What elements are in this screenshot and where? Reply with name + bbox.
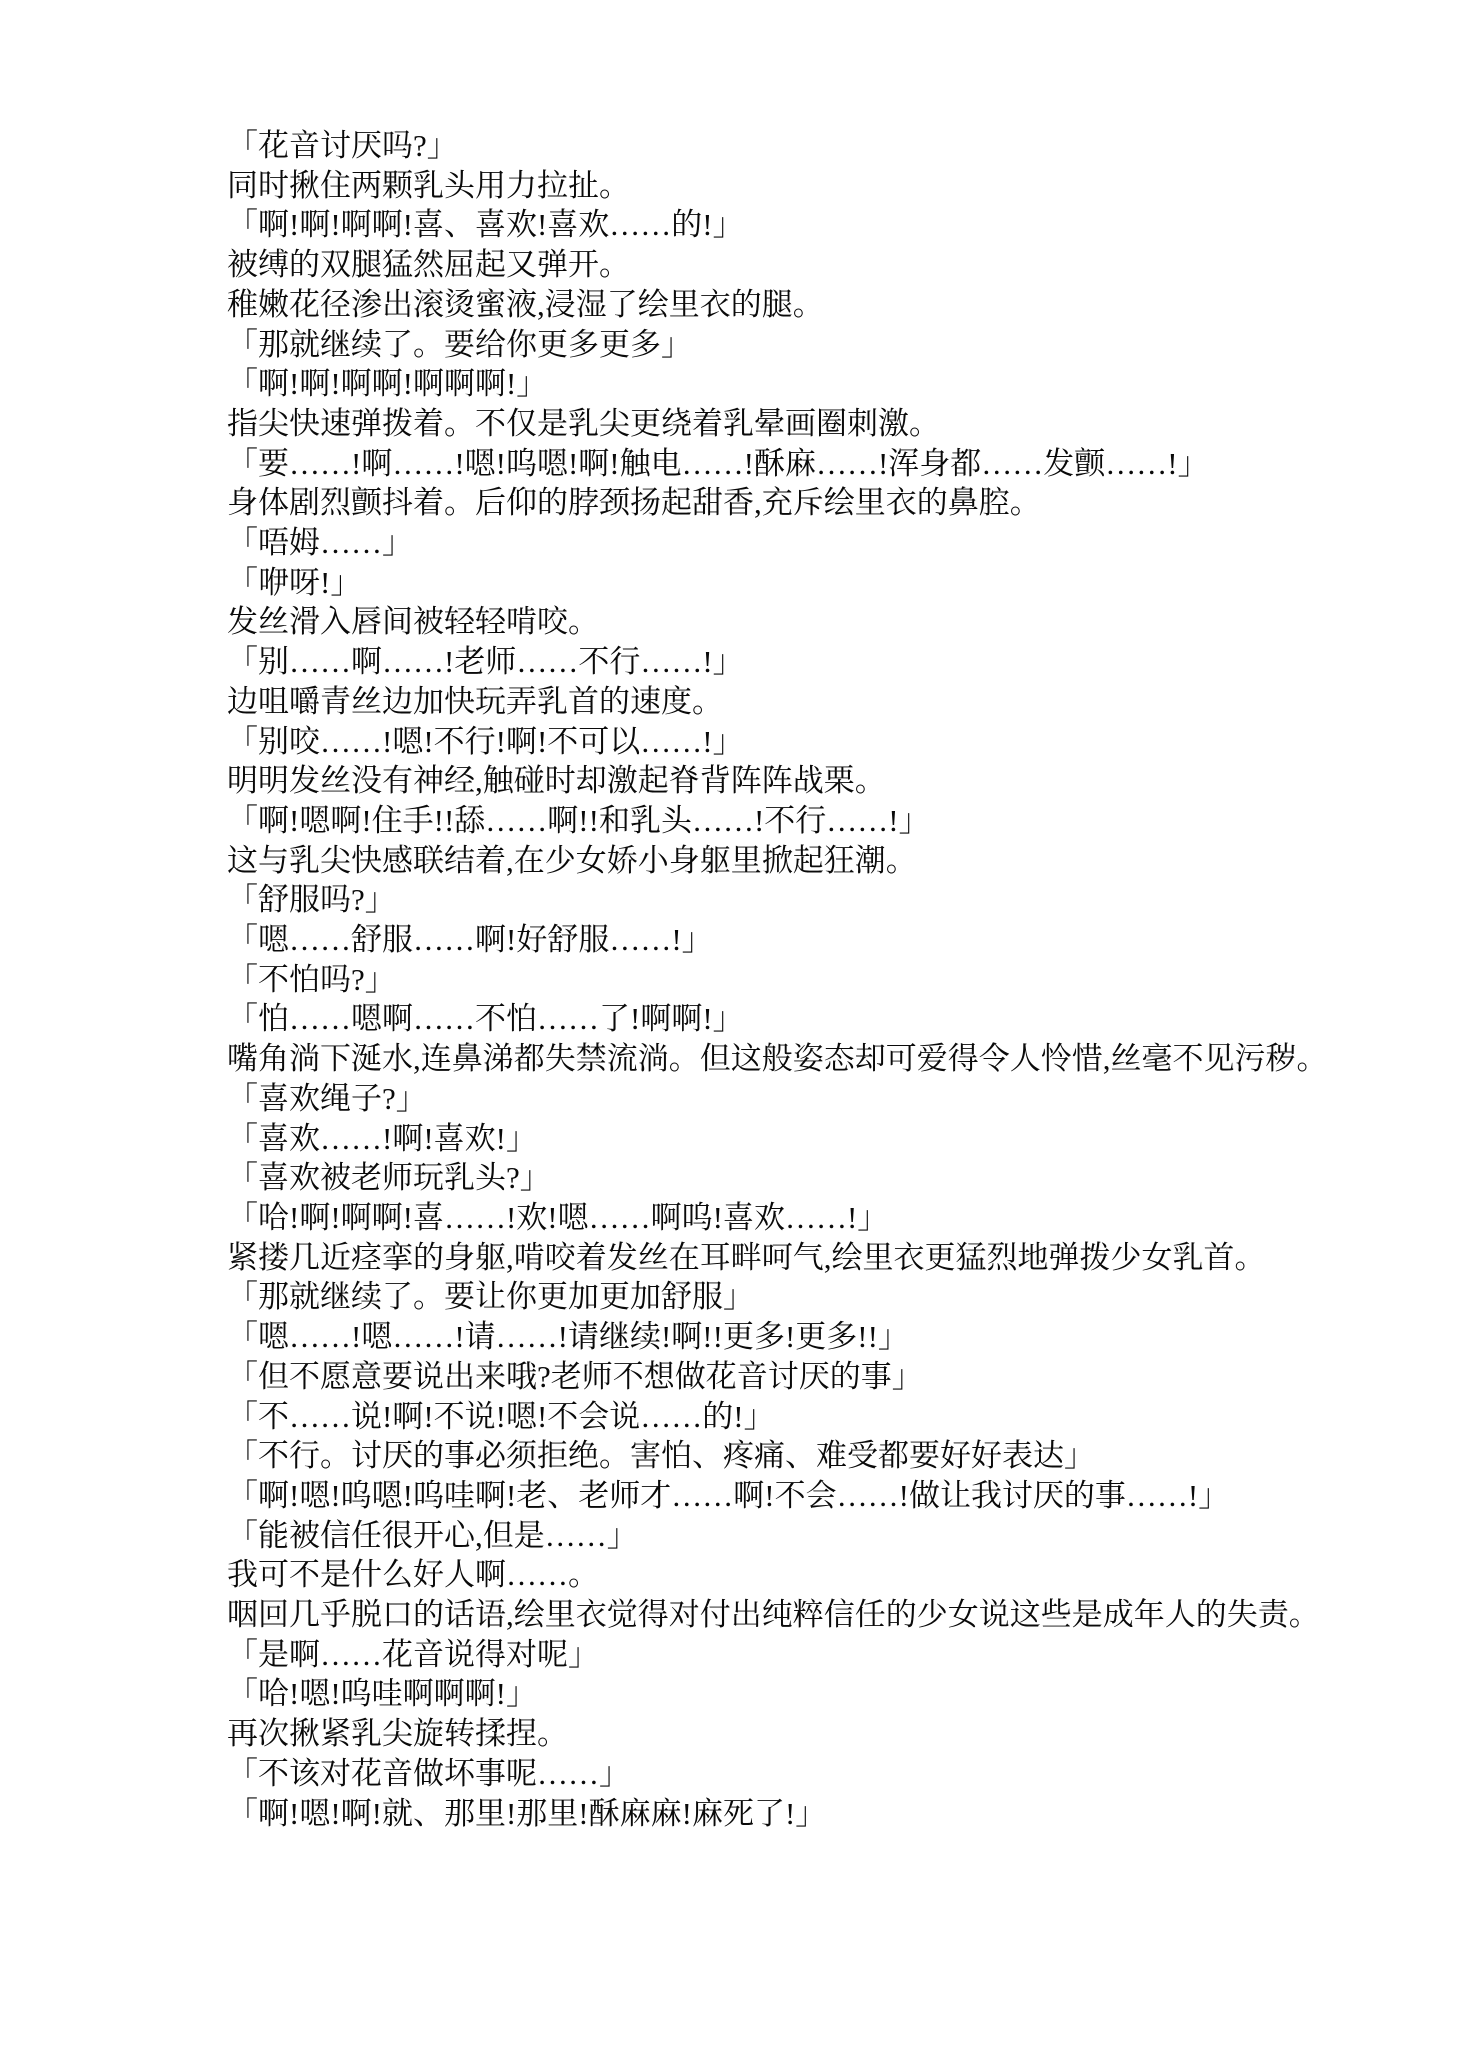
paragraph: 再次揪紧乳尖旋转揉捏。 xyxy=(165,1714,1383,1754)
paragraph: 「喜欢……!啊!喜欢!」 xyxy=(165,1119,1383,1159)
paragraph: 「咿呀!」 xyxy=(165,563,1383,603)
paragraph: 「花音讨厌吗?」 xyxy=(165,126,1383,166)
paragraph: 「啊!嗯!呜嗯!呜哇啊!老、老师才……啊!不会……!做让我讨厌的事……!」 xyxy=(165,1476,1383,1516)
paragraph: 稚嫩花径渗出滚烫蜜液,浸湿了绘里衣的腿。 xyxy=(165,285,1383,325)
paragraph: 「那就继续了。要给你更多更多」 xyxy=(165,325,1383,365)
paragraph: 「别……啊……!老师……不行……!」 xyxy=(165,642,1383,682)
paragraph: 「哈!嗯!呜哇啊啊啊!」 xyxy=(165,1674,1383,1714)
paragraph: 「唔姆……」 xyxy=(165,523,1383,563)
paragraph: 「不……说!啊!不说!嗯!不会说……的!」 xyxy=(165,1397,1383,1437)
paragraph: 「别咬……!嗯!不行!啊!不可以……!」 xyxy=(165,722,1383,762)
document-page: 「花音讨厌吗?」同时揪住两颗乳头用力拉扯。「啊!啊!啊啊!喜、喜欢!喜欢……的!… xyxy=(0,0,1481,2071)
paragraph: 「啊!啊!啊啊!啊啊啊!」 xyxy=(165,364,1383,404)
paragraph: 紧搂几近痉挛的身躯,啃咬着发丝在耳畔呵气,绘里衣更猛烈地弹拨少女乳首。 xyxy=(165,1238,1383,1278)
paragraph: 「喜欢绳子?」 xyxy=(165,1079,1383,1119)
paragraph: 我可不是什么好人啊……。 xyxy=(165,1555,1383,1595)
paragraph: 「但不愿意要说出来哦?老师不想做花音讨厌的事」 xyxy=(165,1357,1383,1397)
paragraph: 「能被信任很开心,但是……」 xyxy=(165,1516,1383,1556)
paragraph: 被缚的双腿猛然屈起又弹开。 xyxy=(165,245,1383,285)
paragraph: 「啊!啊!啊啊!喜、喜欢!喜欢……的!」 xyxy=(165,205,1383,245)
paragraph: 「不行。讨厌的事必须拒绝。害怕、疼痛、难受都要好好表达」 xyxy=(165,1436,1383,1476)
paragraph: 边咀嚼青丝边加快玩弄乳首的速度。 xyxy=(165,682,1383,722)
paragraph: 「啊!嗯!啊!就、那里!那里!酥麻麻!麻死了!」 xyxy=(165,1794,1383,1834)
paragraph: 「啊!嗯啊!住手!!舔……啊!!和乳头……!不行……!」 xyxy=(165,801,1383,841)
paragraph: 这与乳尖快感联结着,在少女娇小身躯里掀起狂潮。 xyxy=(165,841,1383,881)
paragraph: 「不怕吗?」 xyxy=(165,960,1383,1000)
paragraph: 「嗯……舒服……啊!好舒服……!」 xyxy=(165,920,1383,960)
paragraph: 「嗯……!嗯……!请……!请继续!啊!!更多!更多!!」 xyxy=(165,1317,1383,1357)
paragraph: 明明发丝没有神经,触碰时却激起脊背阵阵战栗。 xyxy=(165,761,1383,801)
paragraph: 「舒服吗?」 xyxy=(165,880,1383,920)
paragraph: 「那就继续了。要让你更加更加舒服」 xyxy=(165,1277,1383,1317)
paragraph: 「要……!啊……!嗯!呜嗯!啊!触电……!酥麻……!浑身都……发颤……!」 xyxy=(165,444,1383,484)
paragraph: 身体剧烈颤抖着。后仰的脖颈扬起甜香,充斥绘里衣的鼻腔。 xyxy=(165,483,1383,523)
paragraph: 「哈!啊!啊啊!喜……!欢!嗯……啊呜!喜欢……!」 xyxy=(165,1198,1383,1238)
paragraph: 「怕……嗯啊……不怕……了!啊啊!」 xyxy=(165,999,1383,1039)
paragraph: 同时揪住两颗乳头用力拉扯。 xyxy=(165,166,1383,206)
paragraph: 嘴角淌下涎水,连鼻涕都失禁流淌。但这般姿态却可爱得令人怜惜,丝毫不见污秽。 xyxy=(165,1039,1383,1079)
paragraph: 「是啊……花音说得对呢」 xyxy=(165,1635,1383,1675)
paragraph: 「不该对花音做坏事呢……」 xyxy=(165,1754,1383,1794)
page-text: 「花音讨厌吗?」同时揪住两颗乳头用力拉扯。「啊!啊!啊啊!喜、喜欢!喜欢……的!… xyxy=(165,126,1383,1833)
paragraph: 指尖快速弹拨着。不仅是乳尖更绕着乳晕画圈刺激。 xyxy=(165,404,1383,444)
paragraph: 「喜欢被老师玩乳头?」 xyxy=(165,1158,1383,1198)
paragraph: 咽回几乎脱口的话语,绘里衣觉得对付出纯粹信任的少女说这些是成年人的失责。 xyxy=(165,1595,1383,1635)
paragraph: 发丝滑入唇间被轻轻啃咬。 xyxy=(165,602,1383,642)
